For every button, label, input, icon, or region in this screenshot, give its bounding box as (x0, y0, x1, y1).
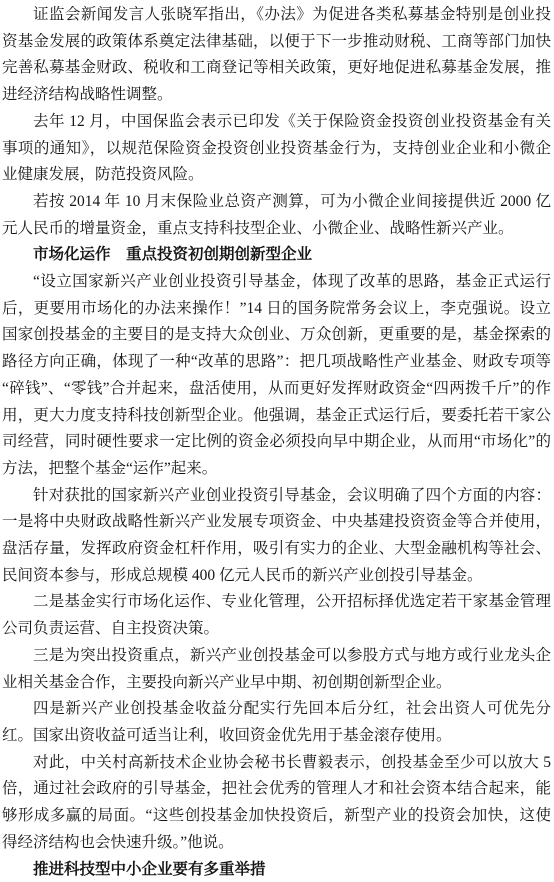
section-heading-sme-measures: 推进科技型中小企业要有多重举措 (2, 857, 551, 882)
paragraph-point-three: 三是为突出投资重点，新兴产业创投基金可以参股方式与地方或行业龙头企业相关基金合作… (2, 643, 551, 696)
paragraph-caoyi-comment: 对此，中关村高新技术企业协会秘书长曹毅表示，创投基金至少可以放大 5 倍，通过社… (2, 750, 551, 857)
paragraph-point-two: 二是基金实行市场化运作、专业化管理，公开招标择优选定若干家基金管理公司负责运营、… (2, 589, 551, 642)
section-heading-market-operation: 市场化运作 重点投资初创期创新型企业 (2, 242, 551, 269)
paragraph-point-four: 四是新兴产业创投基金收益分配实行先回本后分红，社会出资人可优先分红。国家出资收益… (2, 696, 551, 749)
paragraph-likeqiang-quote: “设立国家新兴产业创业投资引导基金，体现了改革的思路，基金正式运行后，更要用市场… (2, 269, 551, 483)
paragraph-circ-notice: 去年 12 月，中国保监会表示已印发《关于保险资金投资创业投资基金有关事项的通知… (2, 109, 551, 189)
document-page: 证监会新闻发言人张晓军指出，《办法》为促进各类私募基金特别是创业投资基金发展的政… (0, 0, 554, 882)
paragraph-point-one: 针对获批的国家新兴产业创业投资引导基金，会议明确了四个方面的内容：一是将中央财政… (2, 483, 551, 590)
paragraph-csrc-spokesman: 证监会新闻发言人张晓军指出，《办法》为促进各类私募基金特别是创业投资基金发展的政… (2, 2, 551, 109)
paragraph-insurance-estimate: 若按 2014 年 10 月末保险业总资产测算，可为小微企业间接提供近 2000… (2, 189, 551, 242)
